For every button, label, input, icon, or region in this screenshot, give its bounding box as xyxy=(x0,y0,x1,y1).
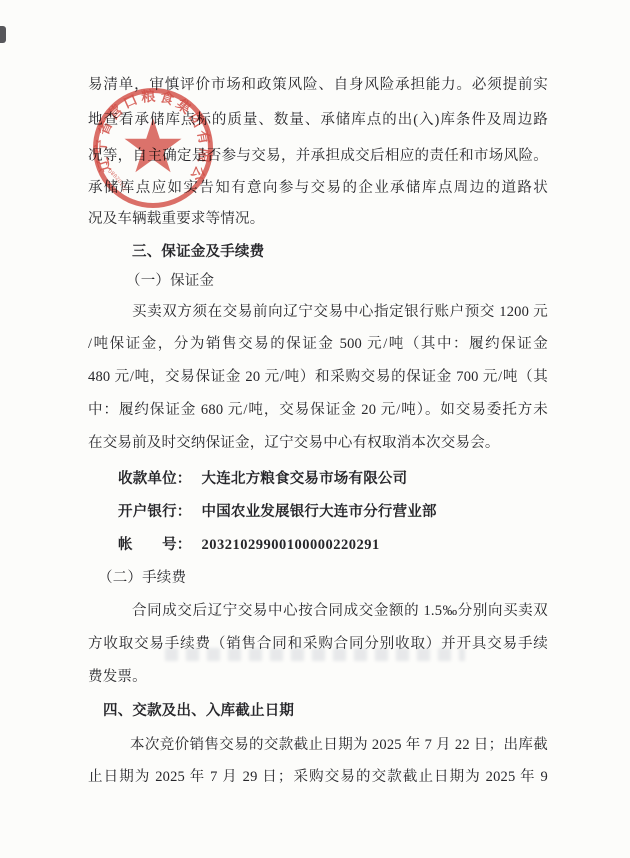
bank-line: 开户银行：中国农业发展银行大连市分行营业部 xyxy=(88,501,548,523)
account-number: 20321029900100000220291 xyxy=(202,537,380,553)
account-line: 帐 号：20321029900100000220291 xyxy=(88,534,548,556)
account-label: 帐 号： xyxy=(118,537,192,553)
scan-smudge xyxy=(0,26,6,43)
bank-label: 开户银行： xyxy=(118,504,192,520)
company-seal: 辽宁省营口粮食集团有限公司 21102880 xyxy=(83,78,223,218)
svg-text:辽宁省营口粮食集团有限公司: 辽宁省营口粮食集团有限公司 xyxy=(83,78,214,186)
seal-company-name: 辽宁省营口粮食集团有限公司 xyxy=(83,78,214,186)
payee-value: 大连北方粮食交易市场有限公司 xyxy=(202,471,408,487)
deposit-line: /吨保证金，分为销售交易的保证金 500 元/吨（其中：履约保证金 xyxy=(88,333,548,355)
payee-line: 收款单位：大连北方粮食交易市场有限公司 xyxy=(88,468,548,490)
seal-star-icon xyxy=(125,118,182,172)
deadline-line: 止日期为 2025 年 7 月 29 日；采购交易的交款截止日期为 2025 年… xyxy=(88,766,548,788)
deadline-line: 本次竞价销售交易的交款截止日期为 2025 年 7 月 22 日；出库截 xyxy=(88,734,548,756)
fee-line: 方收取交易手续费（销售合同和采购合同分别收取）并开具交易手续 xyxy=(88,633,548,655)
deposit-line: 480 元/吨，交易保证金 20 元/吨）和采购交易的保证金 700 元/吨（其 xyxy=(88,366,548,388)
fee-line: 合同成交后辽宁交易中心按合同成交金额的 1.5‰分别向买卖双 xyxy=(88,600,548,622)
section4-heading: 四、交款及出、入库截止日期 xyxy=(88,700,548,722)
bank-value: 中国农业发展银行大连市分行营业部 xyxy=(202,504,437,520)
deposit-line: 在交易前及时交纳保证金，辽宁交易中心有权取消本次交易会。 xyxy=(88,432,548,454)
document-page: 易清单，审慎评价市场和政策风险、自身风险承担能力。必须提前实 地查看承储库点标的… xyxy=(0,0,630,858)
fee-line: 费发票。 xyxy=(88,666,548,688)
section3-heading: 三、保证金及手续费 xyxy=(88,241,548,263)
deposit-line: 买卖双方须在交易前向辽宁交易中心指定银行账户预交 1200 元 xyxy=(88,301,548,323)
section3-sub1: （一）保证金 xyxy=(88,270,548,292)
payee-label: 收款单位： xyxy=(118,471,192,487)
section3-sub2: （二）手续费 xyxy=(88,567,548,589)
deposit-line: 中：履约保证金 680 元/吨，交易保证金 20 元/吨）。如交易委托方未 xyxy=(88,399,548,421)
